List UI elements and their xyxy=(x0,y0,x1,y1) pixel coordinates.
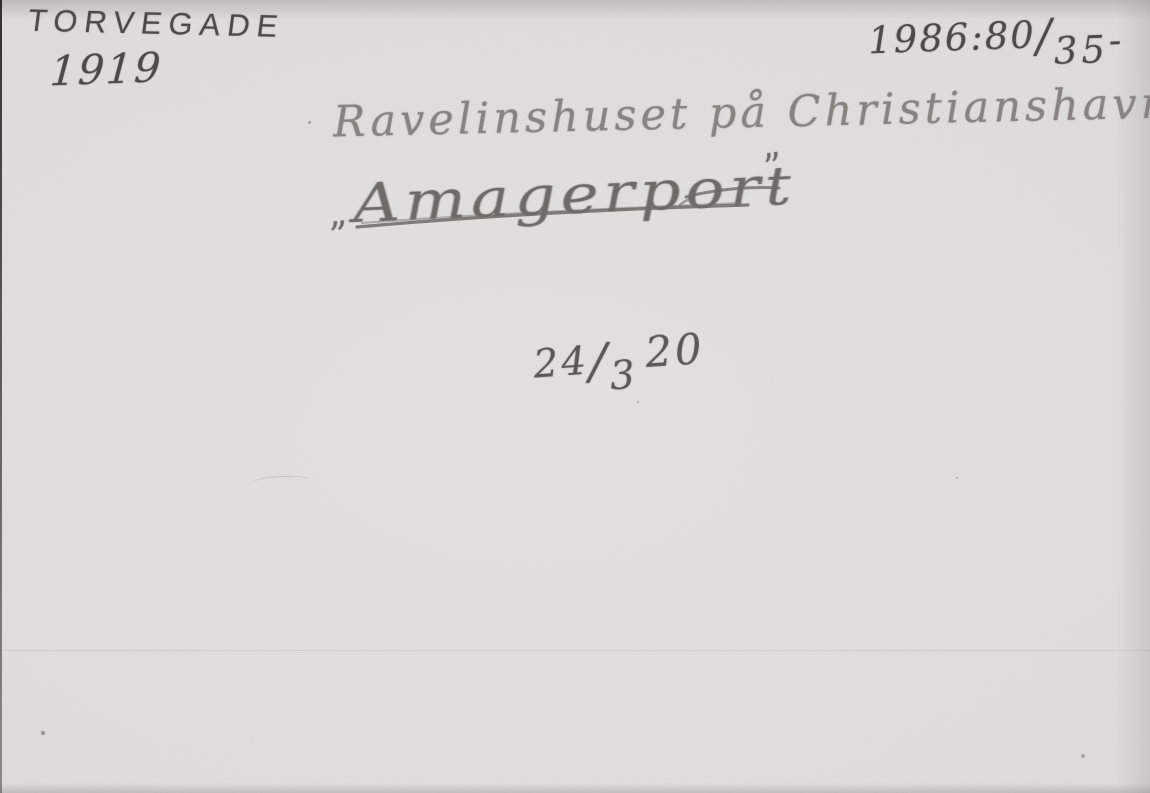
paper-scratch xyxy=(252,474,310,488)
paper-crease xyxy=(0,650,1150,651)
paper-speck xyxy=(41,731,45,735)
paper-speck xyxy=(637,401,639,403)
archive-number-slash: / xyxy=(1035,12,1054,59)
paper-speck xyxy=(308,121,311,124)
date-month: 3 xyxy=(609,356,639,397)
close-quote-mark: ” xyxy=(762,149,785,187)
street-name-annotation: TORVEGADE xyxy=(26,5,286,42)
paper-speck xyxy=(1081,754,1085,758)
archive-number-sub: 35 xyxy=(1053,31,1109,70)
open-quote-mark: „ xyxy=(326,195,348,233)
archive-number-main: 1986:80 xyxy=(867,14,1036,63)
date-year: 20 xyxy=(644,328,706,374)
date-annotation: 24/320 xyxy=(531,324,706,386)
crossed-out-word: Amagerport xyxy=(352,159,797,231)
scan-edge-bottom xyxy=(0,783,1150,793)
paper-speck xyxy=(956,477,958,479)
archive-number-dash: - xyxy=(1108,22,1124,59)
scan-edge-left xyxy=(0,0,2,793)
date-day: 24 xyxy=(532,339,591,388)
photo-title-annotation: Ravelinshuset på Christianshavn xyxy=(333,82,1150,144)
year-annotation: 1919 xyxy=(49,48,164,93)
date-slash: / xyxy=(589,336,609,386)
archive-number-annotation: 1986:80/35- xyxy=(867,6,1123,61)
photo-back-scan: TORVEGADE 1919 1986:80/35- Ravelinshuset… xyxy=(0,0,1150,793)
